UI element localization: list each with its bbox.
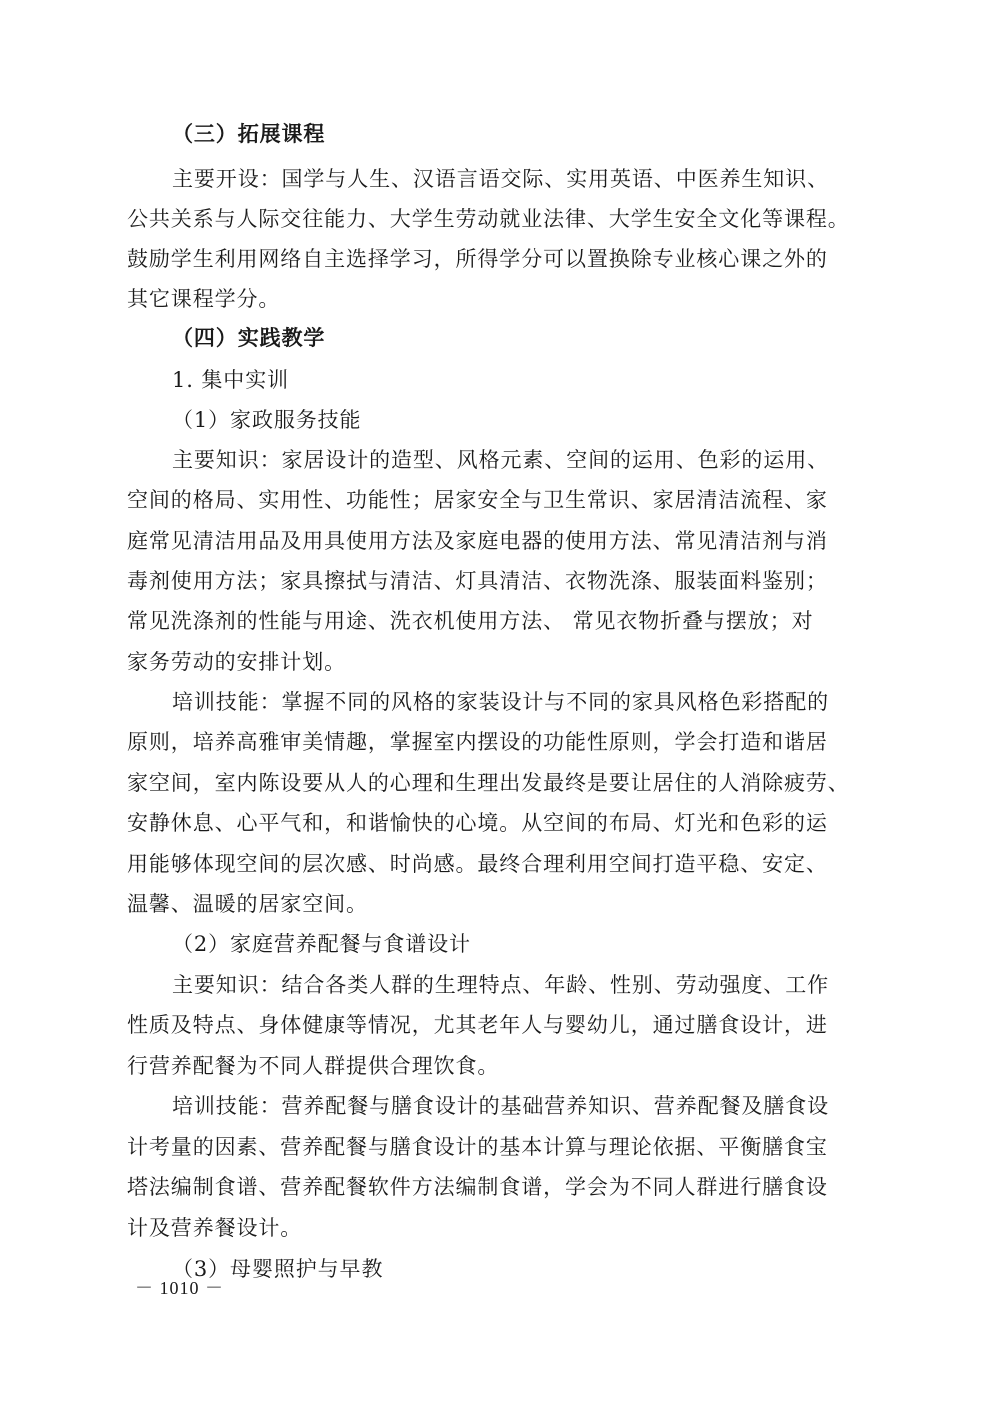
paragraph-line: 性质及特点、身体健康等情况，尤其老年人与婴幼儿，通过膳食设计，进 xyxy=(127,1011,887,1039)
paragraph-line: 培训技能：掌握不同的风格的家装设计与不同的家具风格色彩搭配的 xyxy=(172,688,932,716)
paragraph-line: 家务劳动的安排计划。 xyxy=(127,648,887,676)
subheading-nutrition-meal-design: （2）家庭营养配餐与食谱设计 xyxy=(172,930,932,958)
paragraph-line: 培训技能：营养配餐与膳食设计的基础营养知识、营养配餐及膳食设 xyxy=(172,1092,932,1120)
paragraph-line: 原则，培养高雅审美情趣，掌握室内摆设的功能性原则，学会打造和谐居 xyxy=(127,728,887,756)
paragraph-line: 计考量的因素、营养配餐与膳食设计的基本计算与理论依据、平衡膳食宝 xyxy=(127,1133,887,1161)
paragraph-line: 公共关系与人际交往能力、大学生劳动就业法律、大学生安全文化等课程。 xyxy=(127,205,887,233)
paragraph-line: 塔法编制食谱、营养配餐软件方法编制食谱，学会为不同人群进行膳食设 xyxy=(127,1173,887,1201)
section-heading-extension-courses: （三）拓展课程 xyxy=(172,120,932,148)
paragraph-line: 鼓励学生利用网络自主选择学习，所得学分可以置换除专业核心课之外的 xyxy=(127,245,887,273)
paragraph-line: 常见洗涤剂的性能与用途、洗衣机使用方法、 常见衣物折叠与摆放；对 xyxy=(127,607,887,635)
paragraph-line: 温馨、温暖的居家空间。 xyxy=(127,890,887,918)
paragraph-line: 庭常见清洁用品及用具使用方法及家庭电器的使用方法、常见清洁剂与消 xyxy=(127,527,887,555)
paragraph-line: 计及营养餐设计。 xyxy=(127,1214,887,1242)
paragraph-line: 其它课程学分。 xyxy=(127,285,887,313)
subheading-housekeeping-skills: （1）家政服务技能 xyxy=(172,406,932,434)
paragraph-line: 主要知识：家居设计的造型、风格元素、空间的运用、色彩的运用、 xyxy=(172,446,932,474)
paragraph-line: 用能够体现空间的层次感、时尚感。最终合理利用空间打造平稳、安定、 xyxy=(127,850,887,878)
paragraph-line: 毒剂使用方法；家具擦拭与清洁、灯具清洁、衣物洗涤、服装面料鉴别； xyxy=(127,567,887,595)
section-heading-practical-teaching: （四）实践教学 xyxy=(172,324,932,352)
page-number: － 1010 － xyxy=(135,1276,224,1300)
subheading-maternal-infant-care: （3）母婴照护与早教 xyxy=(172,1255,932,1283)
paragraph-line: 行营养配餐为不同人群提供合理饮食。 xyxy=(127,1052,887,1080)
paragraph-line: 空间的格局、实用性、功能性；居家安全与卫生常识、家居清洁流程、家 xyxy=(127,486,887,514)
paragraph-line: 主要知识：结合各类人群的生理特点、年龄、性别、劳动强度、工作 xyxy=(172,971,932,999)
subheading-centralized-training: 1. 集中实训 xyxy=(172,366,932,394)
paragraph-line: 主要开设：国学与人生、汉语言语交际、实用英语、中医养生知识、 xyxy=(172,165,932,193)
paragraph-line: 安静休息、心平气和，和谐愉快的心境。从空间的布局、灯光和色彩的运 xyxy=(127,809,887,837)
paragraph-line: 家空间，室内陈设要从人的心理和生理出发最终是要让居住的人消除疲劳、 xyxy=(127,769,887,797)
